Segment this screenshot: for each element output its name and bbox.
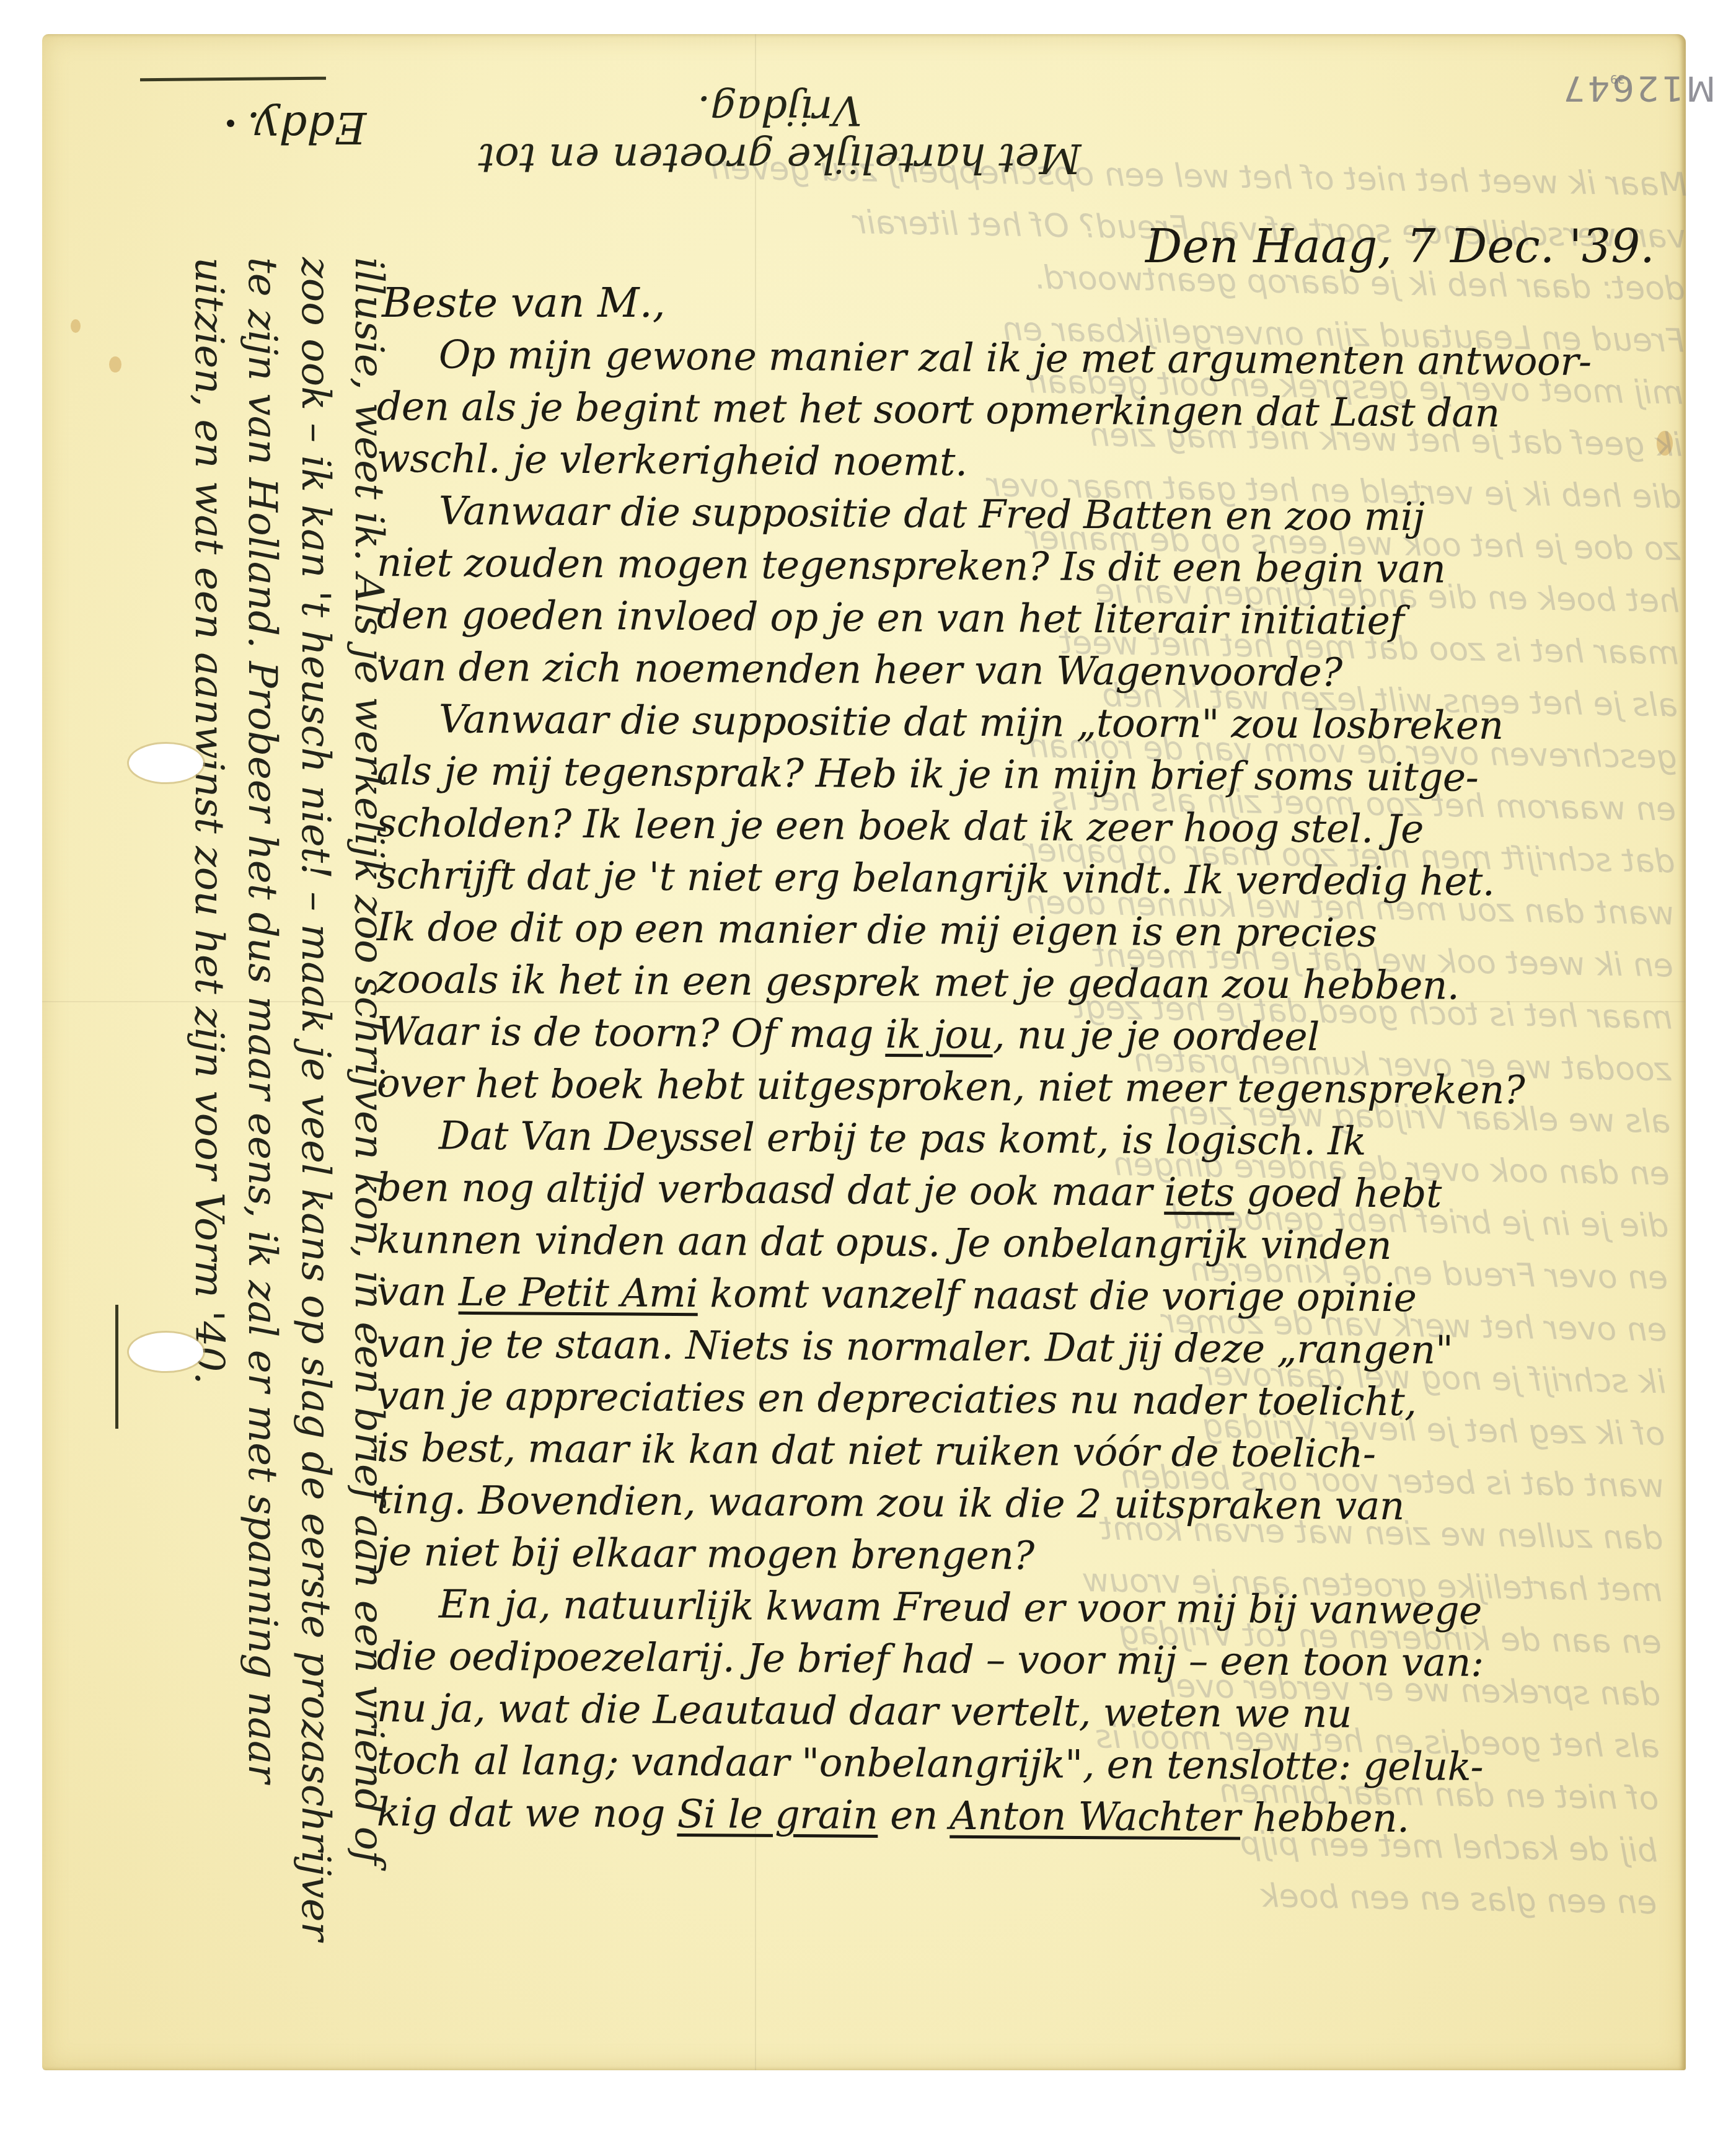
underlined-phrase: Anton Wachter [950,1793,1240,1840]
letter-line: nu ja, wat die Leautaud daar vertelt, we… [377,1682,1722,1742]
letter-line: van je appreciaties en depreciaties nu n… [377,1370,1722,1430]
punch-hole [129,1333,203,1371]
letter-line: scholden? Ik leen je een boek dat ik zee… [377,797,1722,857]
place-and-date: Den Haag, 7 Dec. '39. [1145,220,1655,273]
underlined-phrase: Le Petit Ami [459,1269,698,1316]
letter-line: Dat Van Deyssel erbij te pas komt, is lo… [377,1110,1722,1170]
letter-line: Vanwaar die suppositie dat mijn „toorn" … [377,693,1722,753]
letter-line: van Le Petit Ami komt vanzelf naast die … [377,1266,1722,1326]
margin-note-line: zoo ook – ik kan 't heusch niet! – maak … [289,257,342,2080]
archive-code: 39 [1610,73,1625,86]
letter-line: Ik doe dit op een manier die mij eigen i… [377,901,1722,961]
letter-line: van den zich noemenden heer van Wagenvoo… [377,641,1722,701]
signature-dot [227,120,234,127]
letter-line: toch al lang; vandaar "onbelangrijk", en… [377,1734,1722,1794]
margin-note-line: uitzien, en wat een aanwinst zou het zij… [182,257,236,2080]
letter-page: Maar ik weet het niet of het wel een ops… [42,34,1686,2070]
letter-line: van je te staan. Niets is normaler. Dat … [377,1318,1722,1378]
archive-pencil-mark: M12647 [1561,68,1716,108]
letter-line: den als je begint met het soort opmerkin… [377,381,1722,441]
letter-line: als je mij tegensprak? Heb ik je in mijn… [377,745,1722,805]
letter-body: Op mijn gewone manier zal ik je met argu… [377,329,1722,1838]
signature: Eddy. [247,102,366,153]
letter-line: wschl. je vlerkerigheid noemt. [377,433,1722,493]
margin-underline-vorm [115,1305,118,1429]
letter-line: niet zouden mogen tegenspreken? Is dit e… [377,537,1722,597]
letter-line: Vanwaar die suppositie dat Fred Batten e… [377,485,1722,545]
margin-note-line: illusie, weet ik. Als je werkelijk zoo s… [342,257,395,2080]
letter-line: is best, maar ik kan dat niet ruiken vóó… [377,1422,1722,1482]
letter-line: Op mijn gewone manier zal ik je met argu… [377,329,1722,389]
margin-note: illusie, weet ik. Als je werkelijk zoo s… [172,257,395,2080]
letter-line: je niet bij elkaar mogen brengen? [377,1526,1722,1586]
letter-line: En ja, natuurlijk kwam Freud er voor mij… [377,1578,1722,1638]
foxing-stain [109,356,121,373]
punch-hole [129,744,203,782]
letter-line: zooals ik het in een gesprek met je geda… [377,953,1722,1013]
letter-line: schrijft dat je 't niet erg belangrijk v… [377,849,1722,909]
letter-line: ting. Bovendien, waarom zou ik die 2 uit… [377,1474,1722,1534]
underlined-phrase: ik jou [885,1012,993,1057]
margin-note-line: te zijn van Holland. Probeer het dus maa… [236,257,289,2080]
letter-line: den goeden invloed op je en van het lite… [377,589,1722,649]
underlined-phrase: iets [1164,1170,1235,1216]
letter-line: die oedipoezelarij. Je brief had – voor … [377,1630,1722,1690]
letter-line: ben nog altijd verbaasd dat je ook maar … [377,1162,1722,1222]
underlined-phrase: Si le grain [677,1791,878,1838]
letter-line: kig dat we nog Si le grain en Anton Wach… [377,1786,1722,1846]
inverted-closing-line: Met hartelijke groeten en tot Vrijdag. [439,87,1121,182]
signature-rule [140,77,326,82]
salutation: Beste van M., [382,279,666,327]
letter-line: kunnen vinden aan dat opus. Je onbelangr… [377,1214,1722,1274]
letter-line: Waar is de toorn? Of mag ik jou, nu je j… [377,1005,1722,1065]
foxing-stain [71,319,81,333]
letter-line: over het boek hebt uitgesproken, niet me… [377,1057,1722,1118]
